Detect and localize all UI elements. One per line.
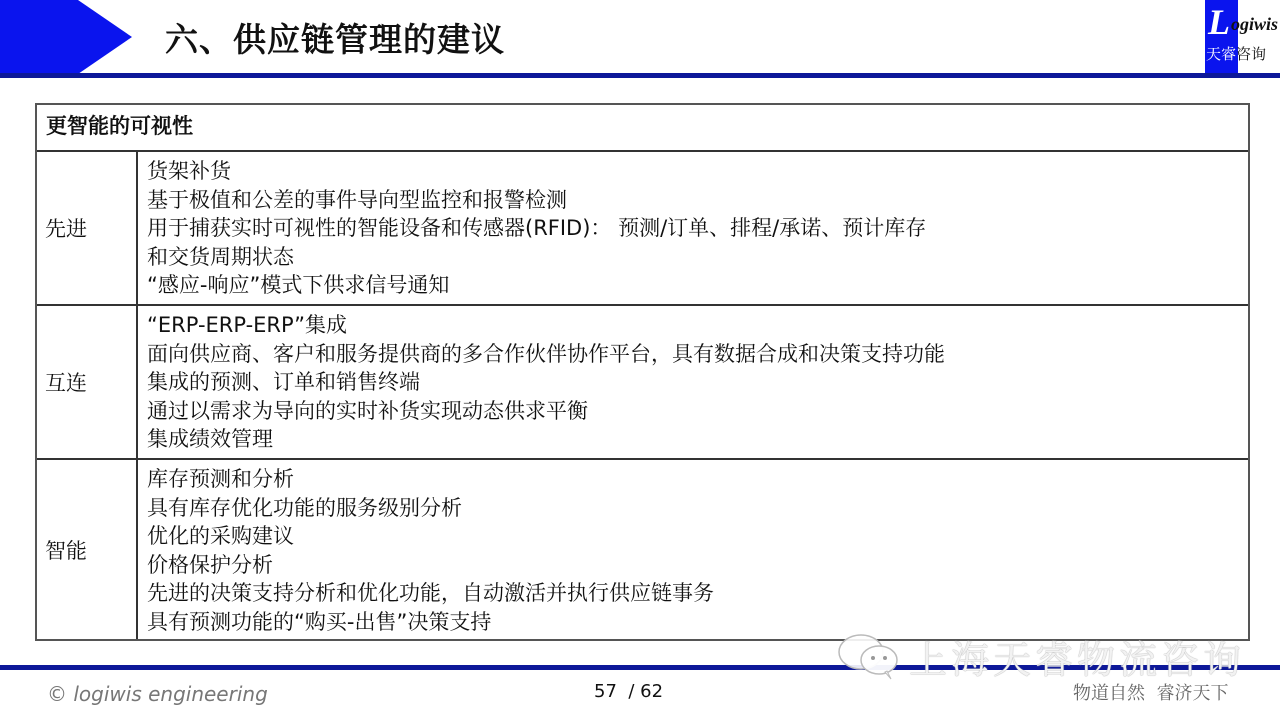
logo-initial: L: [1208, 2, 1230, 42]
list-item: “ERP-ERP-ERP”集成: [147, 311, 1238, 340]
list-item: 集成的预测、订单和销售终端: [147, 368, 1238, 397]
list-item: 面向供应商、客户和服务提供商的多合作伙伴协作平台，具有数据合成和决策支持功能: [147, 340, 1238, 369]
list-item: “感应-响应”模式下供求信号通知: [147, 271, 1238, 300]
copyright: © logiwis engineering: [47, 682, 268, 706]
page-title: 六、供应链管理的建议: [165, 18, 505, 62]
row-category: 先进: [37, 152, 138, 304]
row-items: 货架补货 基于极值和公差的事件导向型监控和报警检测 用于捕获实时可视性的智能设备…: [147, 157, 1238, 300]
watermark: 上海天睿物流咨询: [835, 632, 1245, 680]
list-item: 优化的采购建议: [147, 522, 1238, 551]
logo-cn-name: 天睿咨询: [1206, 44, 1266, 64]
row-items: “ERP-ERP-ERP”集成 面向供应商、客户和服务提供商的多合作伙伴协作平台…: [147, 311, 1238, 454]
list-item: 具有库存优化功能的服务级别分析: [147, 494, 1238, 523]
list-item: 和交货周期状态: [147, 243, 1238, 272]
list-item: 基于极值和公差的事件导向型监控和报警检测: [147, 186, 1238, 215]
slogan: 物道自然 睿济天下: [1073, 682, 1228, 706]
row-category: 互连: [37, 306, 138, 458]
row-category: 智能: [37, 460, 138, 639]
header-arrow-shape: [0, 0, 132, 74]
logo-cn-right: 咨询: [1236, 45, 1266, 63]
row-items: 库存预测和分析 具有库存优化功能的服务级别分析 优化的采购建议 价格保护分析 先…: [147, 465, 1238, 637]
logo-brand-text: ogiwis: [1231, 14, 1278, 34]
header-divider: [0, 73, 1280, 78]
page-number: 57 / 62: [594, 680, 663, 704]
wechat-icon: [835, 632, 905, 680]
table-row: 智能 库存预测和分析 具有库存优化功能的服务级别分析 优化的采购建议 价格保护分…: [37, 460, 1248, 639]
list-item: 集成绩效管理: [147, 425, 1238, 454]
list-item: 通过以需求为导向的实时补货实现动态供求平衡: [147, 397, 1238, 426]
list-item: 价格保护分析: [147, 551, 1238, 580]
watermark-text: 上海天睿物流咨询: [909, 629, 1245, 684]
table-row: 互连 “ERP-ERP-ERP”集成 面向供应商、客户和服务提供商的多合作伙伴协…: [37, 306, 1248, 460]
table-title: 更智能的可视性: [37, 105, 1248, 152]
list-item: 货架补货: [147, 157, 1238, 186]
logo-cn-left: 天睿: [1206, 45, 1236, 63]
list-item: 库存预测和分析: [147, 465, 1238, 494]
table-row: 先进 货架补货 基于极值和公差的事件导向型监控和报警检测 用于捕获实时可视性的智…: [37, 152, 1248, 306]
list-item: 先进的决策支持分析和优化功能，自动激活并执行供应链事务: [147, 579, 1238, 608]
list-item: 用于捕获实时可视性的智能设备和传感器(RFID)： 预测/订单、排程/承诺、预计…: [147, 214, 1238, 243]
recommendation-table: 更智能的可视性 先进 货架补货 基于极值和公差的事件导向型监控和报警检测 用于捕…: [35, 103, 1250, 641]
